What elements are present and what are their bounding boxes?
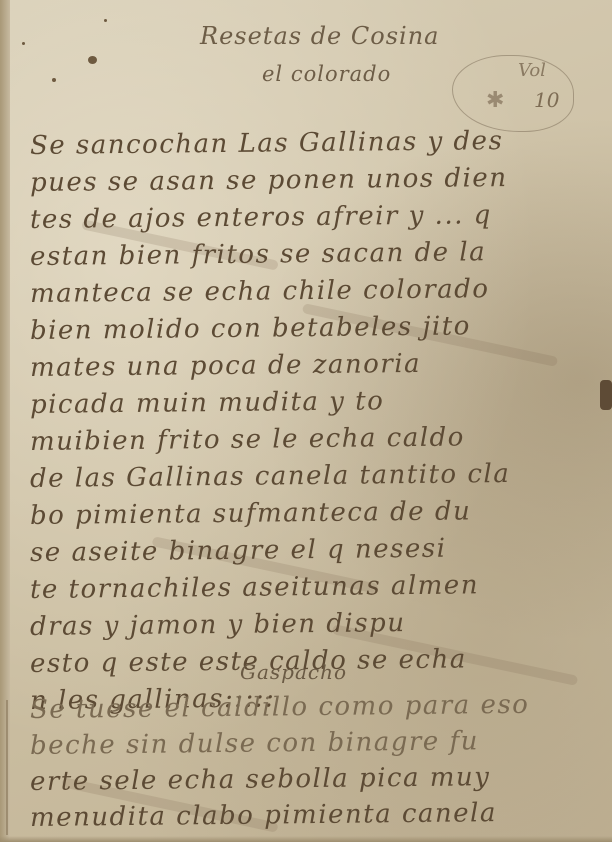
text-line: te tornachiles aseitunas almen [30,566,612,609]
recipe-body-colorado: Se sancochan Las Gallinas y des pues se … [30,128,612,720]
ink-stain [22,42,25,45]
text-line: tes de ajos enteros afreir y ... q [30,196,612,239]
text-line: erte sele echa sebolla pica muy [30,758,612,800]
ink-stain [88,56,97,64]
document-title: Resetas de Cosina [200,22,439,50]
recipe-heading-gaspacho: Gaspacho [240,660,347,684]
text-line: picada muin mudita y to [30,381,612,424]
text-line: muibien frito se le echa caldo [30,418,612,461]
text-line: estan bien fritos se sacan de la [30,233,612,276]
page-bottom-edge [0,836,612,842]
text-line: dras y jamon y bien dispu [30,603,612,646]
stamp-volume-number: 10 [534,88,559,112]
ink-stain [52,78,56,82]
text-line: manteca se echa chile colorado [30,270,612,313]
text-line: pues se asan se ponen unos dien [30,159,612,202]
recipe-body-gaspacho: Se tuese el caldillo como para eso beche… [30,692,612,836]
manuscript-page: Resetas de Cosina el colorado Vol ✱ 10 S… [0,0,612,842]
page-fold-line [6,700,8,835]
text-line: mates una poca de zanoria [30,344,612,387]
stamp-volume-label: Vol [518,60,546,81]
document-subtitle: el colorado [262,62,391,86]
text-line: Se sancochan Las Gallinas y des [30,122,612,165]
stamp-mark-icon: ✱ [486,88,504,113]
page-left-edge [0,0,10,842]
text-line: se aseite binagre el q nesesi [30,529,612,572]
text-line: bo pimienta sufmanteca de du [30,492,612,535]
text-line: bien molido con betabeles jito [30,307,612,350]
text-line: de las Gallinas canela tantito cla [30,455,612,498]
text-line: menudita clabo pimienta canela [30,794,612,836]
text-line: Se tuese el caldillo como para eso [30,686,612,728]
ink-stain [104,19,107,22]
text-line: beche sin dulse con binagre fu [30,722,612,764]
